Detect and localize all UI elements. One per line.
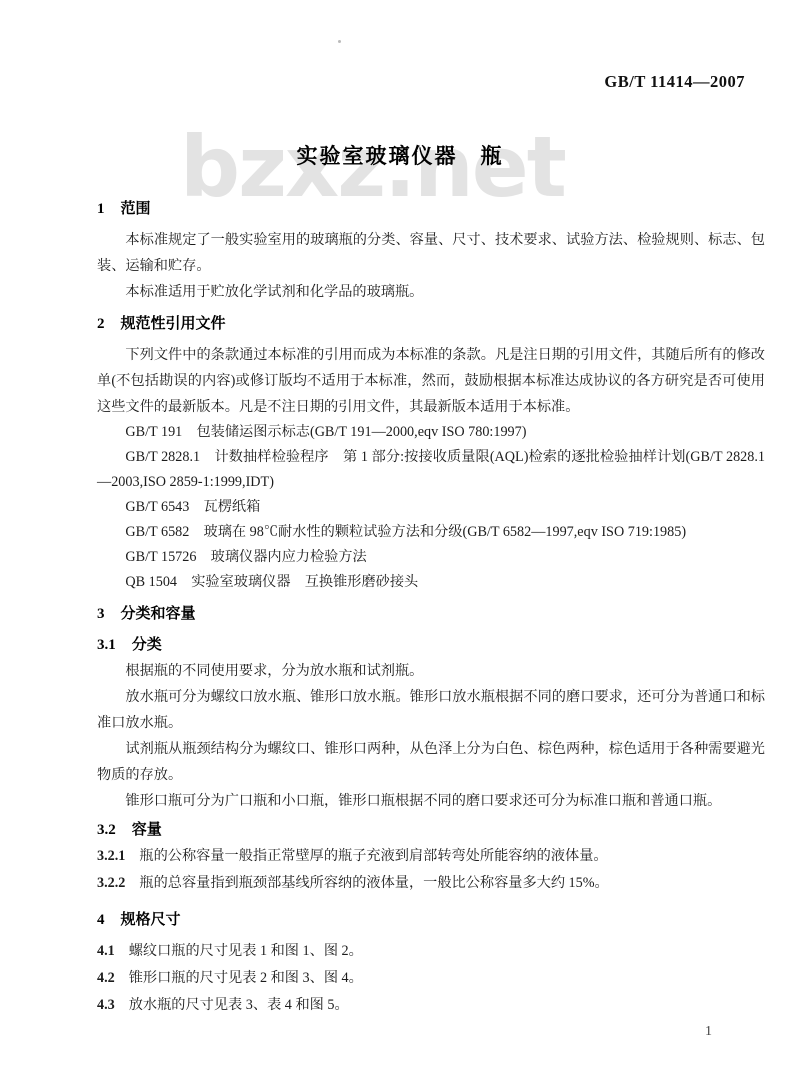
section-3-heading: 3分类和容量	[97, 601, 765, 627]
section-4-number: 4	[97, 912, 105, 928]
section-2-heading: 2规范性引用文件	[97, 311, 765, 337]
reference-item: QB 1504 实验室玻璃仪器 互换锥形磨砂接头	[97, 570, 765, 595]
reference-item: GB/T 6543 瓦楞纸箱	[97, 495, 765, 520]
section-3-title: 分类和容量	[121, 606, 196, 622]
clause: 3.2.2瓶的总容量指到瓶颈部基线所容纳的液体量，一般比公称容量多大约 15%。	[97, 870, 765, 897]
section-4-title: 规格尺寸	[121, 912, 181, 928]
paragraph: 下列文件中的条款通过本标准的引用而成为本标准的条款。凡是注日期的引用文件，其随后…	[97, 342, 765, 420]
clause: 4.3放水瓶的尺寸见表 3、表 4 和图 5。	[97, 992, 765, 1019]
page-number: 1	[705, 1024, 712, 1040]
standard-number: GB/T 11414—2007	[604, 72, 745, 92]
paragraph: 根据瓶的不同使用要求，分为放水瓶和试剂瓶。	[97, 658, 765, 684]
clause-text: 锥形口瓶的尺寸见表 2 和图 3、图 4。	[129, 970, 363, 986]
reference-item: GB/T 15726 玻璃仪器内应力检验方法	[97, 545, 765, 570]
section-1-number: 1	[97, 201, 105, 217]
clause: 3.2.1瓶的公称容量一般指正常壁厚的瓶子充液到肩部转弯处所能容纳的液体量。	[97, 843, 765, 870]
clause-text: 瓶的公称容量一般指正常壁厚的瓶子充液到肩部转弯处所能容纳的液体量。	[139, 848, 607, 864]
clause-number: 4.2	[97, 970, 115, 986]
clause-text: 放水瓶的尺寸见表 3、表 4 和图 5。	[129, 997, 349, 1013]
document-page: GB/T 11414—2007 bzxz.net 实验室玻璃仪器 瓶 1范围 本…	[0, 0, 800, 1083]
clause-number: 4.3	[97, 997, 115, 1013]
section-3-1-heading: 3.1分类	[97, 632, 765, 658]
clause-text: 瓶的总容量指到瓶颈部基线所容纳的液体量，一般比公称容量多大约 15%。	[139, 875, 608, 891]
clause-number: 3.2.1	[97, 848, 125, 864]
section-3-2-heading: 3.2容量	[97, 817, 765, 843]
clause-number: 3.2.2	[97, 875, 125, 891]
paragraph: 锥形口瓶可分为广口瓶和小口瓶，锥形口瓶根据不同的磨口要求还可分为标准口瓶和普通口…	[97, 788, 765, 814]
section-4-heading: 4规格尺寸	[97, 907, 765, 933]
document-title: 实验室玻璃仪器 瓶	[0, 140, 800, 170]
section-2-number: 2	[97, 316, 105, 332]
section-3-2-title: 容量	[132, 822, 162, 838]
section-2-title: 规范性引用文件	[121, 316, 226, 332]
reference-item: GB/T 191 包装储运图示标志(GB/T 191—2000,eqv ISO …	[97, 420, 765, 445]
clause-number: 4.1	[97, 943, 115, 959]
document-body: 1范围 本标准规定了一般实验室用的玻璃瓶的分类、容量、尺寸、技术要求、试验方法、…	[97, 190, 765, 1019]
clause: 4.2锥形口瓶的尺寸见表 2 和图 3、图 4。	[97, 965, 765, 992]
paragraph: 本标准适用于贮放化学试剂和化学品的玻璃瓶。	[97, 279, 765, 305]
section-3-2-number: 3.2	[97, 822, 116, 838]
reference-item: GB/T 2828.1 计数抽样检验程序 第 1 部分:按接收质量限(AQL)检…	[97, 445, 765, 495]
section-3-1-number: 3.1	[97, 637, 116, 653]
section-3-1-title: 分类	[132, 637, 162, 653]
paragraph: 本标准规定了一般实验室用的玻璃瓶的分类、容量、尺寸、技术要求、试验方法、检验规则…	[97, 227, 765, 279]
section-1-heading: 1范围	[97, 196, 765, 222]
scan-artifact	[338, 40, 341, 43]
reference-item: GB/T 6582 玻璃在 98℃耐水性的颗粒试验方法和分级(GB/T 6582…	[97, 520, 765, 545]
paragraph: 试剂瓶从瓶颈结构分为螺纹口、锥形口两种，从色泽上分为白色、棕色两种，棕色适用于各…	[97, 736, 765, 788]
clause-text: 螺纹口瓶的尺寸见表 1 和图 1、图 2。	[129, 943, 363, 959]
section-3-number: 3	[97, 606, 105, 622]
section-1-title: 范围	[121, 201, 151, 217]
paragraph: 放水瓶可分为螺纹口放水瓶、锥形口放水瓶。锥形口放水瓶根据不同的磨口要求，还可分为…	[97, 684, 765, 736]
clause: 4.1螺纹口瓶的尺寸见表 1 和图 1、图 2。	[97, 938, 765, 965]
